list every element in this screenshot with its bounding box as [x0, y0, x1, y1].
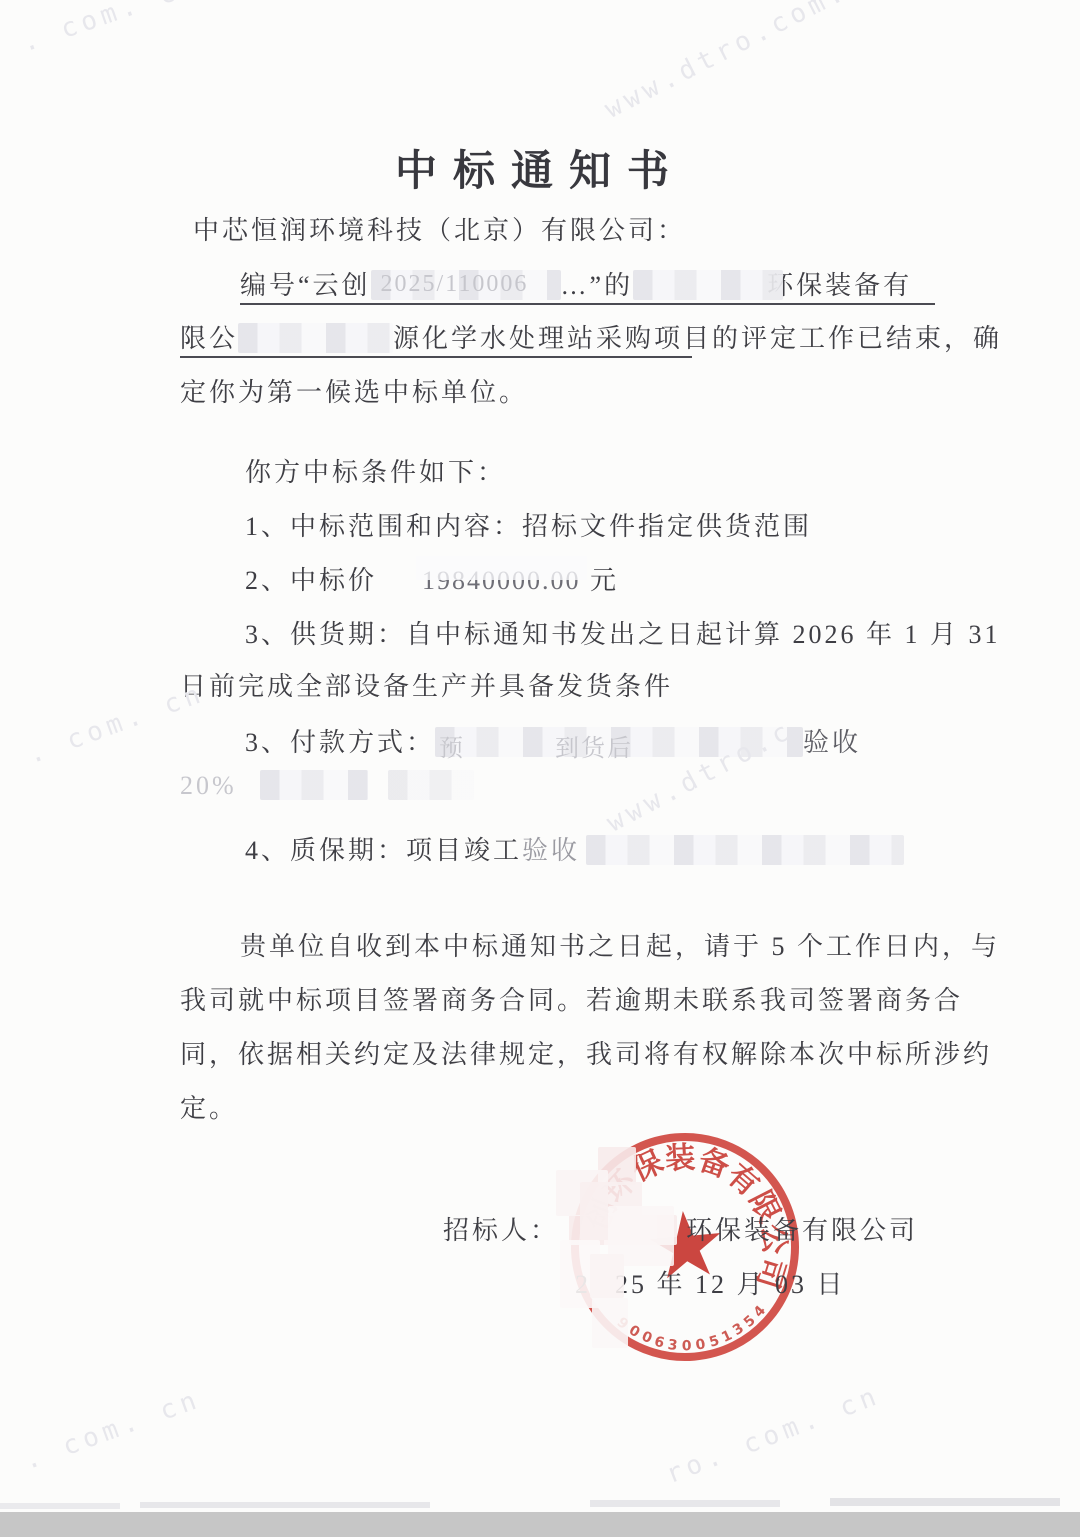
date-text: 25 年 12 月 03 日	[615, 1270, 846, 1299]
bidder-company-text: 环保装备有限公司	[686, 1216, 918, 1245]
intro-line-1: 编号“云创2025/110006…”的环保装备有	[240, 265, 912, 302]
redacted-ghost-text: 到货后	[555, 728, 633, 763]
intro-text: 环保装备有	[767, 271, 912, 300]
redacted-block: 2025/110006	[371, 270, 561, 300]
condition-item-2: 2、中标价 19840000.00 元	[245, 560, 619, 597]
watermark-text: . com. cn	[20, 1384, 205, 1476]
item5-ghost-text: 验收	[522, 836, 580, 865]
scan-edge-band	[0, 1512, 1080, 1537]
condition-item-5: 4、质保期：项目竣工验收	[245, 830, 904, 867]
watermark-text: ro. com. cn	[662, 1381, 885, 1490]
condition-item-4-line-2: 20%	[180, 770, 474, 801]
item2-unit: 元	[590, 566, 619, 595]
bidder-label: 招标人：	[443, 1216, 559, 1245]
intro-line-3: 定你为第一候选中标单位。	[180, 372, 528, 409]
underline	[240, 303, 935, 305]
intro-text: 限公	[180, 324, 238, 353]
redacted-patch	[590, 1254, 624, 1298]
condition-item-3-line-2: 日前完成全部设备生产并具备发货条件	[180, 666, 673, 703]
scan-artifact	[590, 1500, 780, 1507]
closing-line-2: 我司就中标项目签署商务合同。若逾期未联系我司签署商务合	[180, 980, 963, 1017]
item4-tail-text: 验收	[803, 728, 861, 757]
underline	[180, 356, 692, 358]
redacted-block	[586, 835, 904, 865]
signature-line: 招标人： 环保装备有限公司	[443, 1210, 918, 1247]
watermark-text: . com. cn	[24, 678, 209, 770]
closing-line-4: 定。	[180, 1088, 238, 1125]
addressee-line: 中芯恒润环境科技（北京）有限公司：	[193, 210, 686, 247]
watermark-text: . com. cn	[18, 0, 204, 58]
item4-label: 3、付款方式：	[245, 728, 435, 757]
document-title: 中标通知书	[0, 138, 1080, 198]
condition-item-3-line-1: 3、供货期：自中标通知书发出之日起计算 2026 年 1 月 31	[245, 614, 1001, 651]
watermark-text: www.dtro.com.cn	[600, 0, 890, 125]
redacted-block	[633, 270, 783, 300]
redacted-ghost-text: 预	[439, 728, 465, 763]
closing-line-1: 贵单位自收到本中标通知书之日起，请于 5 个工作日内，与	[240, 926, 1000, 963]
scan-artifact	[140, 1502, 430, 1508]
redacted-ghost-text: 20%	[180, 771, 237, 800]
redacted-patch	[592, 1298, 628, 1348]
item2-label: 2、中标价	[245, 566, 377, 595]
closing-line-3: 同，依据相关约定及法律规定，我司将有权解除本次中标所涉约	[180, 1034, 992, 1071]
redacted-block	[260, 770, 368, 800]
intro-text: …”的	[561, 271, 634, 300]
document-page: . com. cn www.dtro.com.cn . com. cn www.…	[0, 0, 1080, 1537]
redacted-block	[238, 323, 393, 353]
stamp-arc-char: 装	[664, 1142, 698, 1176]
redacted-ghost-text: 2025/110006	[381, 271, 529, 298]
intro-text: 编号“云创	[240, 271, 371, 300]
bid-price-value: 19840000.00	[422, 566, 581, 595]
stamp-serial-digit: 0	[680, 1339, 694, 1353]
conditions-heading: 你方中标条件如下：	[245, 452, 506, 489]
intro-text: 源化学水处理站采购项目	[393, 324, 712, 353]
item5-label: 4、质保期：项目竣工	[245, 836, 522, 865]
scan-artifact	[830, 1498, 1060, 1506]
scan-artifact	[0, 1503, 120, 1509]
intro-text: 的评定工作已结束，确	[712, 324, 1002, 353]
condition-item-1: 1、中标范围和内容：招标文件指定供货范围	[245, 506, 812, 543]
redacted-block	[388, 770, 474, 800]
stamp-serial-digit: 3	[665, 1337, 681, 1353]
intro-line-2: 限公源化学水处理站采购项目的评定工作已结束，确	[180, 318, 1002, 355]
